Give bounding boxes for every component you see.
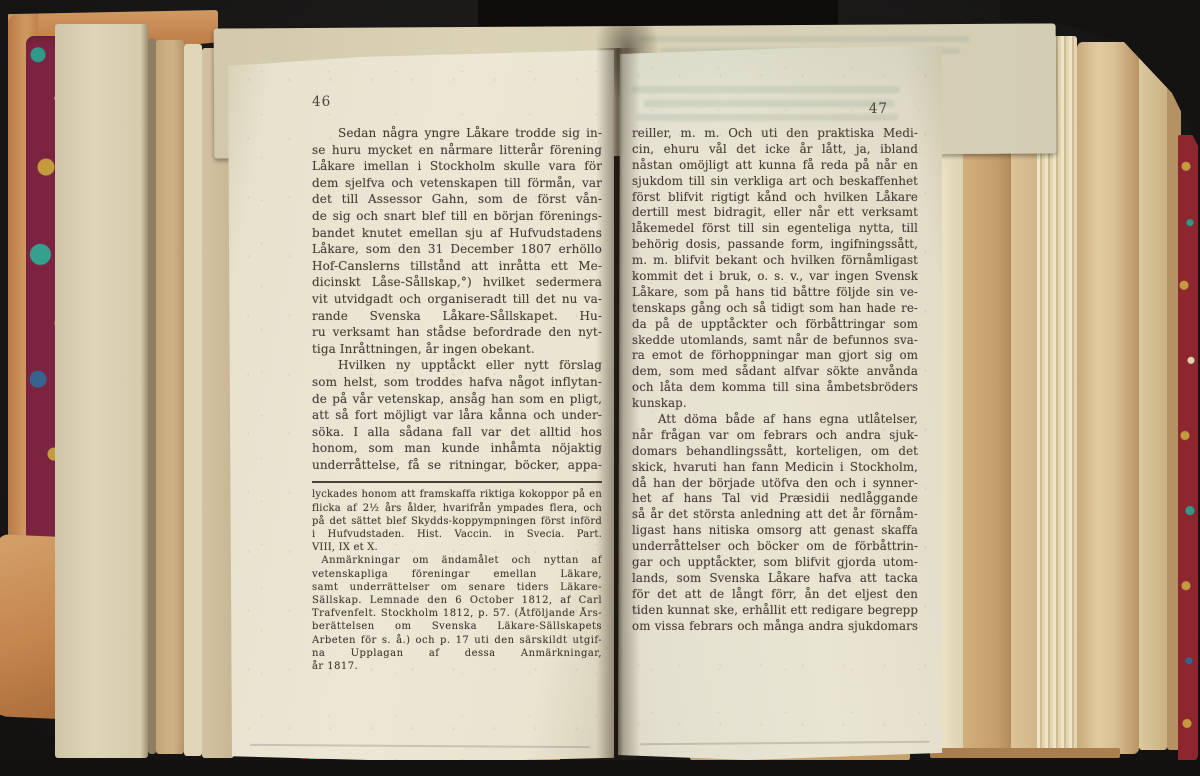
text-line: så år det största anledning att det år f… (632, 507, 918, 523)
paragraph: Hvilken ny upptåckt eller nytt förslagso… (312, 357, 602, 473)
book-photograph: 46 Sedan några yngre Låkare trodde sig i… (0, 0, 1200, 776)
text-line: skedde utomlands, samt når de befunnos s… (632, 333, 918, 349)
text-line: underråttelse, få se ritningar, böcker, … (312, 457, 602, 474)
folded-page-right (1077, 42, 1139, 754)
text-line: Sedan några yngre Låkare trodde sig in- (312, 125, 602, 142)
text-line: nåstan omöjligt att kunna få reda på når… (632, 158, 918, 174)
text-line: ligast hans nitiska omsorg att genast sk… (632, 523, 918, 539)
text-line: reiller, m. m. Och uti den praktiska Med… (632, 126, 918, 142)
text-line: Trafvenfelt. Stockholm 1812, p. 57. (Åtf… (312, 607, 602, 620)
cover-sliver-bottom (930, 748, 1120, 758)
footnote: *) Anmärkningar om ändamålet och nyttan … (312, 554, 602, 673)
text-line: de sig och snart blef till en början för… (312, 208, 602, 225)
text-line: bandet knutet emellan sju af Hufvudstade… (312, 225, 602, 242)
text-line: het af hans Tal vid Præsidii nedlåggande… (632, 491, 918, 507)
text-line: lands, som Svenska Låkare hafva att tack… (632, 571, 918, 587)
text-line: dem, som med sådant alfvar sökte anvånda (632, 364, 918, 380)
text-line: tenskaps gång och så tidigt som han hade… (632, 301, 918, 317)
paragraph: reiller, m. m. Och uti den praktiska Med… (632, 126, 918, 412)
show-through-text (640, 36, 970, 42)
text-line: kunskap. (632, 396, 918, 412)
text-line: de på vår vetenskap, ansåg han som en pl… (312, 391, 602, 408)
text-line: vit utvidgadt och organiseradt till det … (312, 291, 602, 308)
text-line: når frågan var om febrars och andra sjuk… (632, 428, 918, 444)
text-line: om vissa febrars och många andra sjukdom… (632, 619, 918, 635)
text-line: gar och upptåckter, som blifvit gjorda u… (632, 555, 918, 571)
text-line: ru verksamt han stådse befordrade den ny… (312, 324, 602, 341)
text-line: dicinskt Låse-Sållskap,°) hvilket sederm… (312, 274, 602, 291)
text-line: Hvilken ny upptåckt eller nytt förslag (312, 357, 602, 374)
text-line: da på de upptåckter och förbåttringar so… (632, 317, 918, 333)
text-line: söka. I alla sådana fall var det alltid … (312, 424, 602, 441)
text-line: för det att de långt förr, ån det eljest… (632, 587, 918, 603)
text-line: att så fort möjligt var låra kånna och u… (312, 407, 602, 424)
text-line: m. m. blifvit bekant och hvilken förnåml… (632, 253, 918, 269)
book-page-left: 46 Sedan några yngre Låkare trodde sig i… (228, 50, 614, 762)
text-line: samt underrättelser om senare tiders Läk… (312, 581, 602, 594)
text-line: det till Assessor Gahn, som de först vån… (312, 191, 602, 208)
book-page-right: 47 reiller, m. m. Och uti den praktiska … (618, 46, 942, 760)
text-line: behörig dosis, passande form, ingifnings… (632, 237, 918, 253)
text-line: domars behandlingssått, korteligen, om d… (632, 444, 918, 460)
text-line: låkemedel först till sin egenteliga nytt… (632, 221, 918, 237)
page-edge-stack-left (156, 40, 184, 754)
text-line: Arbeten för s. å.) och p. 17 uti den sär… (312, 634, 602, 647)
text-line: som helst, som troddes hafva något infly… (312, 374, 602, 391)
paragraph: Att döma både af hans egna utlåtelser,nå… (632, 412, 918, 634)
text-line: Låkare imellan i Stockholm skulle vara f… (312, 158, 602, 175)
page-edge-stack-left (55, 24, 148, 758)
text-line: då han der började utöfva den och i synn… (632, 476, 918, 492)
text-line: ra emot de förhoppningar man gjort sig o… (632, 348, 918, 364)
background-bottom-band (0, 760, 1200, 776)
text-line: Låkare, som på hans tid båttre följde si… (632, 285, 918, 301)
text-line: Låkare, som den 31 December 1807 erhöllo (312, 241, 602, 258)
text-line: vetenskapliga föreningar emellan Läkare, (312, 568, 602, 581)
paragraph: Sedan några yngre Låkare trodde sig in-s… (312, 125, 602, 357)
text-line: sjukdom till sin verkliga art och beskaf… (632, 174, 918, 190)
gutter-shadow (596, 48, 640, 760)
text-column-left: 46 Sedan några yngre Låkare trodde sig i… (312, 94, 602, 673)
text-column-right: 47 reiller, m. m. Och uti den praktiska … (632, 101, 918, 635)
marbled-cover-right (1178, 135, 1198, 761)
text-line: Hof-Canslerns tillstånd att inråtta ett … (312, 258, 602, 275)
text-line: på det sättet blef Skydds-koppympningen … (312, 515, 602, 528)
text-line: tiden kunnat ske, erhållit ett redigare … (632, 603, 918, 619)
text-line: år 1817. (312, 660, 602, 673)
text-line: lyckades honom att framskaffa riktiga ko… (312, 488, 602, 501)
text-line: cin, ehuru vål det icke år lått, ja, ibl… (632, 142, 918, 158)
text-line: na Upplagan af dessa Anmärkningar, dersa… (312, 647, 602, 660)
page-edge-stack-left (184, 44, 202, 756)
text-line: Sällskap. Lemnade den 6 October 1812, af… (312, 594, 602, 607)
text-line: tiga Inråttningen, år ingen obekant. (312, 341, 602, 358)
page-edge-crease (148, 38, 156, 754)
footnote-separator-rule (312, 481, 602, 483)
text-line: honom, som man kunde inhåmta nöjaktig (312, 440, 602, 457)
text-line: flicka af 2½ års ålder, hvarifrån ympade… (312, 502, 602, 515)
text-line: rande Svenska Låkare-Sållskapet. Hu- (312, 308, 602, 325)
text-line: dem sjelfva och vetenskapen till förmån,… (312, 175, 602, 192)
text-line: i Hufvudstaden. Hist. Vaccin. in Svecia.… (312, 528, 602, 541)
text-line: se huru mycket en nårmare litterår fören… (312, 142, 602, 159)
text-line: Att döma både af hans egna utlåtelser, (632, 412, 918, 428)
text-line: *) Anmärkningar om ändamålet och nyttan … (312, 554, 602, 567)
text-line: och låta dem komma till sina åmbetsbröde… (632, 380, 918, 396)
text-line: kommit det i bruk, o. s. v., var ingen S… (632, 269, 918, 285)
text-line: skick, hvaruti han fann Medicin i Stockh… (632, 460, 918, 476)
text-line: VIII, IX et X. (312, 541, 602, 554)
show-through-text (632, 86, 900, 93)
page-number-left: 46 (312, 94, 602, 111)
text-line: berättelsen om Svenska Läkare-Sällskapet… (312, 620, 602, 633)
text-line: först blifvit rigtigt kånd och hvilken L… (632, 190, 918, 206)
text-line: dertill mest bidragit, eller når ett ver… (632, 205, 918, 221)
footnote-continuation: lyckades honom att framskaffa riktiga ko… (312, 488, 602, 554)
text-line: underråttelser och böcker om de förbåttr… (632, 539, 918, 555)
page-edge-stack-right (1139, 48, 1167, 750)
page-number-right: 47 (632, 101, 918, 118)
